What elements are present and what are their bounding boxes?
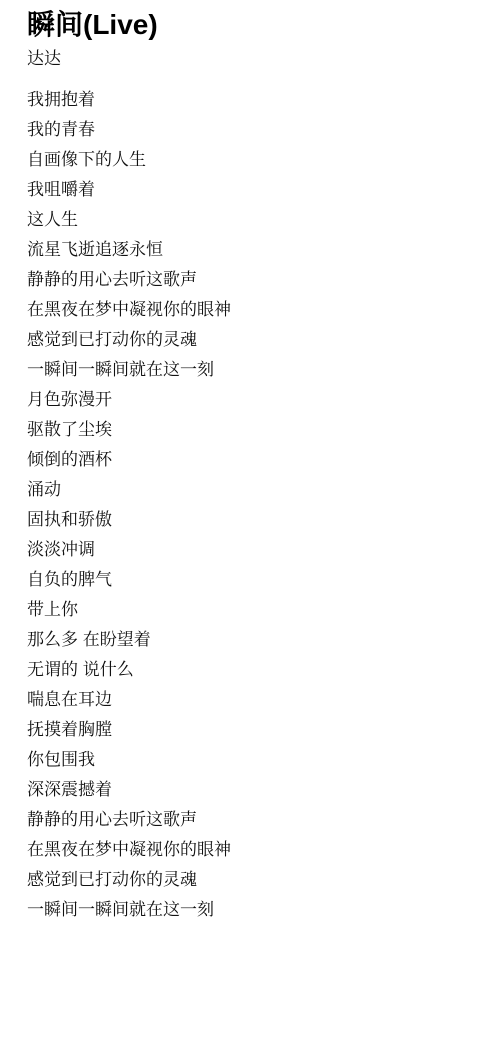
lyric-line: 倾倒的酒杯 xyxy=(27,445,480,475)
lyric-line: 驱散了尘埃 xyxy=(27,415,480,445)
lyric-line: 固执和骄傲 xyxy=(27,505,480,535)
lyric-line: 深深震撼着 xyxy=(27,775,480,805)
lyric-line: 淡淡冲调 xyxy=(27,535,480,565)
lyric-line: 喘息在耳边 xyxy=(27,685,480,715)
lyric-line: 感觉到已打动你的灵魂 xyxy=(27,865,480,895)
lyric-line: 抚摸着胸膛 xyxy=(27,715,480,745)
lyric-line: 无谓的 说什么 xyxy=(27,655,480,685)
page-title: 瞬间(Live) xyxy=(27,8,480,42)
lyric-line: 你包围我 xyxy=(27,745,480,775)
lyric-line: 这人生 xyxy=(27,205,480,235)
lyric-line: 流星飞逝追逐永恒 xyxy=(27,235,480,265)
lyric-line: 自画像下的人生 xyxy=(27,145,480,175)
artist-name: 达达 xyxy=(27,47,480,70)
lyric-line: 感觉到已打动你的灵魂 xyxy=(27,325,480,355)
lyric-line: 我的青春 xyxy=(27,115,480,145)
lyric-line: 一瞬间一瞬间就在这一刻 xyxy=(27,895,480,925)
lyric-line: 那么多 在盼望着 xyxy=(27,625,480,655)
lyric-line: 一瞬间一瞬间就在这一刻 xyxy=(27,355,480,385)
lyric-line: 静静的用心去听这歌声 xyxy=(27,805,480,835)
lyric-line: 在黑夜在梦中凝视你的眼神 xyxy=(27,295,480,325)
lyric-line: 我咀嚼着 xyxy=(27,175,480,205)
lyric-line: 在黑夜在梦中凝视你的眼神 xyxy=(27,835,480,865)
lyrics-block: 我拥抱着 我的青春 自画像下的人生 我咀嚼着 这人生 流星飞逝追逐永恒 静静的用… xyxy=(27,85,480,925)
lyric-line: 月色弥漫开 xyxy=(27,385,480,415)
lyric-line: 带上你 xyxy=(27,595,480,625)
lyric-line: 静静的用心去听这歌声 xyxy=(27,265,480,295)
lyric-line: 涌动 xyxy=(27,475,480,505)
lyric-line: 自负的脾气 xyxy=(27,565,480,595)
lyric-line: 我拥抱着 xyxy=(27,85,480,115)
lyrics-page: 瞬间(Live) 达达 我拥抱着 我的青春 自画像下的人生 我咀嚼着 这人生 流… xyxy=(0,0,500,925)
